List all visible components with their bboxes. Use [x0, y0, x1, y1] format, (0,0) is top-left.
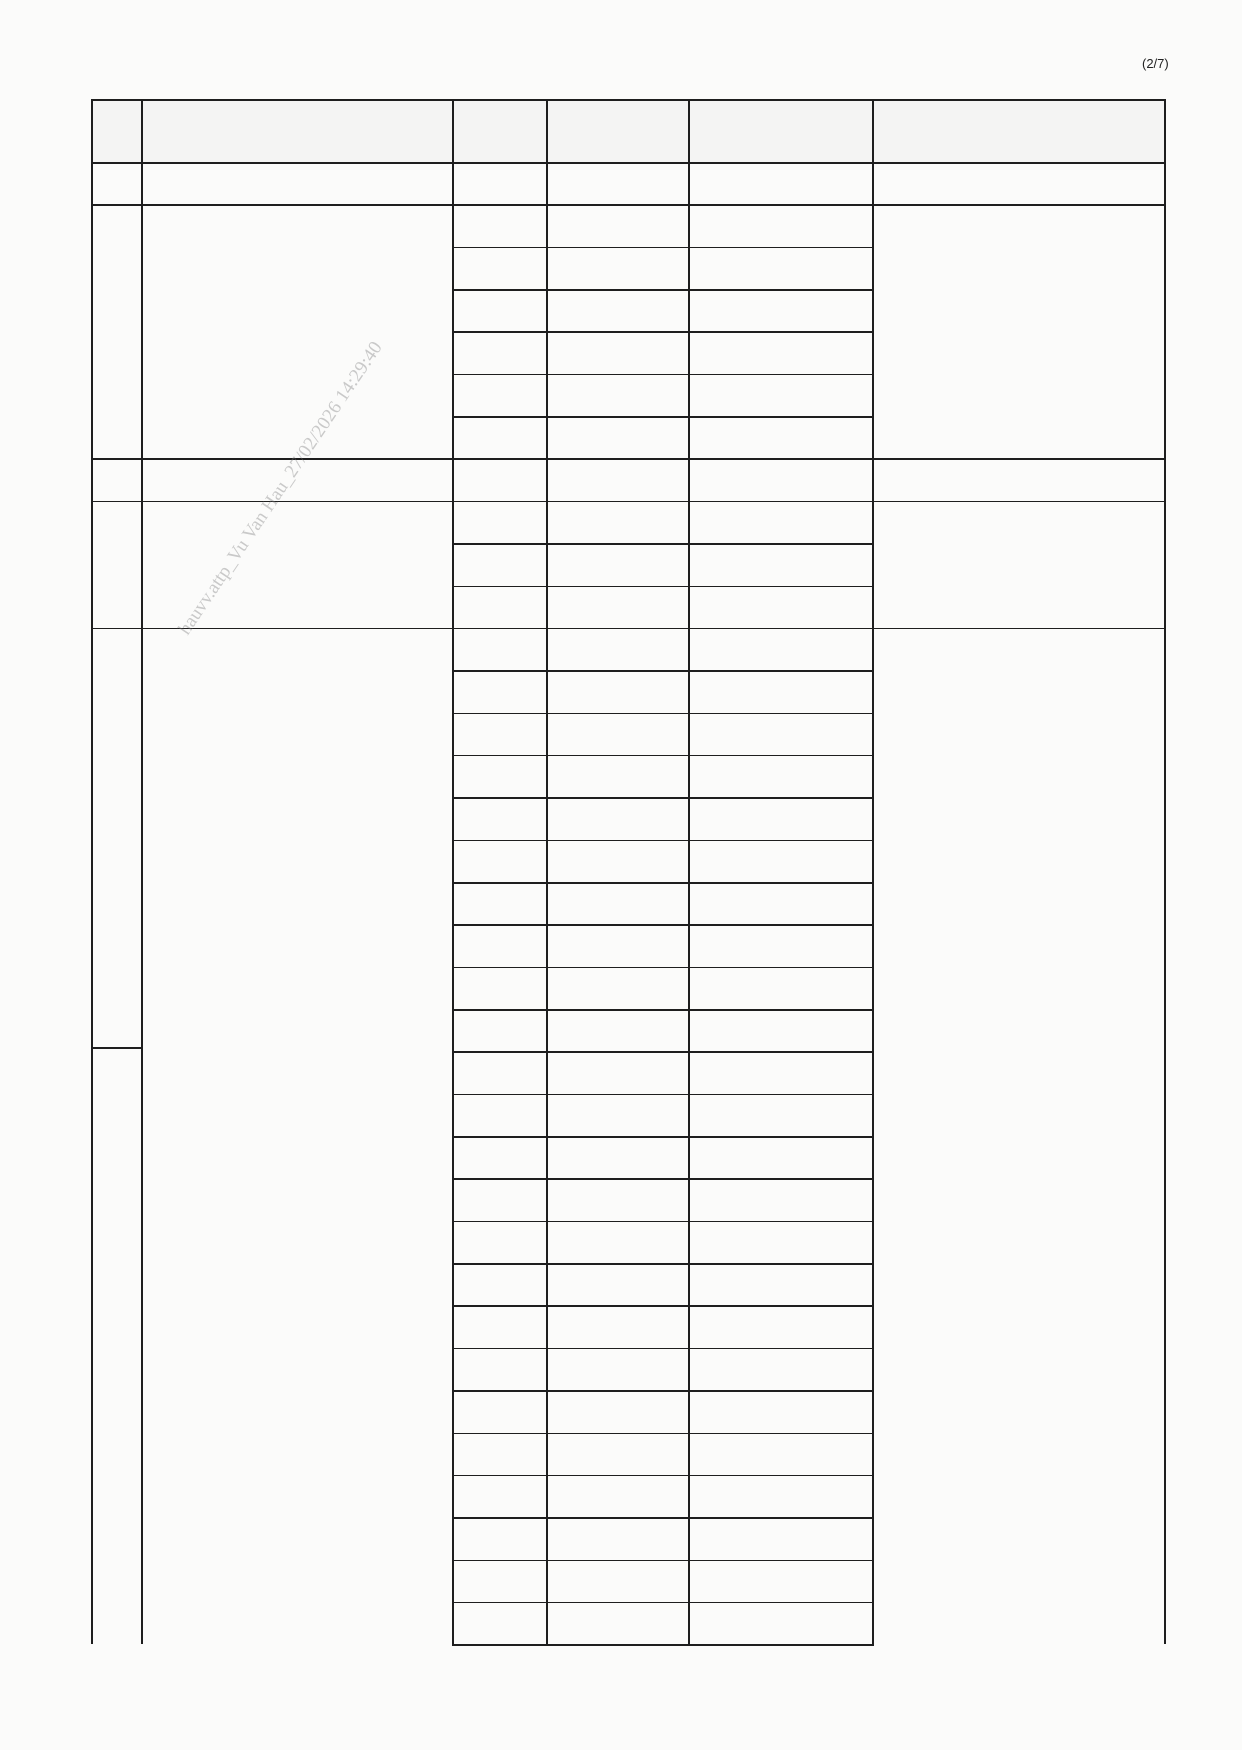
production-date-cell: [548, 1560, 688, 1602]
lot-number-cell: [454, 458, 546, 500]
packaging-cell: [690, 1178, 870, 1220]
lot-number-cell: [454, 374, 546, 416]
lot-number-cell: [454, 670, 546, 712]
stt-cell: [93, 628, 141, 670]
product-name-cell: [143, 458, 450, 500]
packaging-cell: [690, 1390, 870, 1432]
production-date-cell: [548, 840, 688, 882]
table-rule: [452, 1644, 874, 1646]
table-rule: [141, 99, 143, 1644]
packaging-cell: [690, 374, 870, 416]
production-date-cell: [548, 586, 688, 628]
stt-cell: [93, 501, 141, 543]
production-date-cell: [548, 289, 688, 331]
production-date-cell: [548, 374, 688, 416]
lot-number-cell: [454, 543, 546, 585]
packaging-cell: [690, 882, 870, 924]
table-rule: [452, 99, 454, 1644]
header-product-name: [143, 99, 452, 162]
packaging-cell: [690, 1051, 870, 1093]
production-date-cell: [548, 1517, 688, 1559]
lot-number-cell: [454, 1560, 546, 1602]
registrant-cell: [874, 458, 1162, 501]
lot-number-cell: [454, 1602, 546, 1644]
lot-number-cell: [454, 1009, 546, 1051]
lot-number-cell: [454, 840, 546, 882]
packaging-cell: [690, 670, 870, 712]
registrant-cell: [874, 204, 1162, 459]
lot-number-cell: [454, 1305, 546, 1347]
lot-number-cell: [454, 204, 546, 246]
lot-number-cell: [454, 1348, 546, 1390]
production-date-cell: [548, 1009, 688, 1051]
stt-cell: [93, 162, 141, 204]
lot-number-cell: [454, 416, 546, 458]
product-name-cell: [143, 204, 450, 246]
table-rule: [688, 99, 690, 1644]
packaging-cell: [690, 1348, 870, 1390]
packaging-cell: [690, 416, 870, 458]
packaging-cell: [690, 1094, 870, 1136]
table-rule: [91, 99, 1166, 101]
production-date-cell: [548, 967, 688, 1009]
packaging-cell: [690, 289, 870, 331]
production-date-cell: [548, 1178, 688, 1220]
packaging-cell: [690, 840, 870, 882]
stt-cell: [93, 458, 141, 500]
production-date-cell: [548, 670, 688, 712]
lot-number-cell: [454, 586, 546, 628]
table-rule: [546, 99, 548, 1644]
packaging-cell: [690, 1475, 870, 1517]
lot-number-cell: [454, 1475, 546, 1517]
production-date-cell: [548, 1094, 688, 1136]
lot-number-cell: [454, 882, 546, 924]
packaging-cell: [690, 501, 870, 543]
lot-number-cell: [454, 1390, 546, 1432]
packaging-cell: [690, 247, 870, 289]
lot-number-cell: [454, 755, 546, 797]
production-date-cell: [548, 204, 688, 246]
packaging-cell: [690, 628, 870, 670]
header-production-date: [548, 99, 688, 162]
lot-number-cell: [454, 1136, 546, 1178]
packaging-cell: [690, 162, 870, 204]
lot-number-cell: [454, 162, 546, 204]
production-date-cell: [548, 162, 688, 204]
production-date-cell: [548, 1475, 688, 1517]
packaging-cell: [690, 1305, 870, 1347]
packaging-cell: [690, 755, 870, 797]
production-date-cell: [548, 1390, 688, 1432]
lot-number-cell: [454, 247, 546, 289]
production-date-cell: [548, 1305, 688, 1347]
packaging-cell: [690, 967, 870, 1009]
production-date-cell: [548, 1136, 688, 1178]
table-rule: [872, 99, 874, 1644]
production-date-cell: [548, 1263, 688, 1305]
lot-number-cell: [454, 289, 546, 331]
production-date-cell: [548, 924, 688, 966]
production-date-cell: [548, 331, 688, 373]
packaging-cell: [690, 924, 870, 966]
header-stt: [93, 99, 141, 162]
lot-number-cell: [454, 1051, 546, 1093]
packaging-cell: [690, 797, 870, 839]
header-registrant: [874, 99, 1164, 162]
product-name-cell: [143, 501, 450, 555]
page-number: (2/7): [1142, 56, 1169, 71]
product-name-cell: [143, 628, 450, 670]
production-date-cell: [548, 713, 688, 755]
registrant-cell: [874, 628, 1162, 1645]
production-date-cell: [548, 1051, 688, 1093]
production-date-cell: [548, 1221, 688, 1263]
lot-number-cell: [454, 924, 546, 966]
packaging-cell: [690, 1560, 870, 1602]
registrant-cell: [874, 501, 1162, 629]
lot-number-cell: [454, 967, 546, 1009]
packaging-cell: [690, 1263, 870, 1305]
lot-number-cell: [454, 713, 546, 755]
production-date-cell: [548, 628, 688, 670]
lot-number-cell: [454, 1094, 546, 1136]
product-name-cell: [143, 162, 450, 204]
table-rule: [91, 1047, 143, 1049]
production-date-cell: [548, 1602, 688, 1644]
production-date-cell: [548, 1433, 688, 1475]
production-date-cell: [548, 882, 688, 924]
production-date-cell: [548, 797, 688, 839]
production-date-cell: [548, 501, 688, 543]
packaging-cell: [690, 1433, 870, 1475]
production-date-cell: [548, 458, 688, 500]
packaging-cell: [690, 713, 870, 755]
production-date-cell: [548, 247, 688, 289]
production-date-cell: [548, 755, 688, 797]
lot-number-cell: [454, 1178, 546, 1220]
packaging-cell: [690, 1602, 870, 1644]
lot-number-cell: [454, 501, 546, 543]
lot-number-cell: [454, 628, 546, 670]
lot-number-cell: [454, 1433, 546, 1475]
lot-number-cell: [454, 1263, 546, 1305]
table-rule: [1164, 99, 1166, 1644]
lot-number-cell: [454, 797, 546, 839]
packaging-cell: [690, 331, 870, 373]
lot-number-cell: [454, 1221, 546, 1263]
packaging-cell: [690, 1136, 870, 1178]
header-packaging: [690, 99, 872, 162]
packaging-cell: [690, 1221, 870, 1263]
production-date-cell: [548, 1348, 688, 1390]
table-rule: [91, 99, 93, 1644]
stt-cell: [93, 204, 141, 246]
lot-number-cell: [454, 1517, 546, 1559]
packaging-cell: [690, 1009, 870, 1051]
packaging-cell: [690, 543, 870, 585]
packaging-cell: [690, 1517, 870, 1559]
packaging-cell: [690, 586, 870, 628]
production-date-cell: [548, 543, 688, 585]
header-lot-number: [454, 99, 546, 162]
packaging-cell: [690, 458, 870, 500]
registrant-cell: [874, 162, 1162, 205]
production-date-cell: [548, 416, 688, 458]
packaging-cell: [690, 204, 870, 246]
lot-number-cell: [454, 331, 546, 373]
